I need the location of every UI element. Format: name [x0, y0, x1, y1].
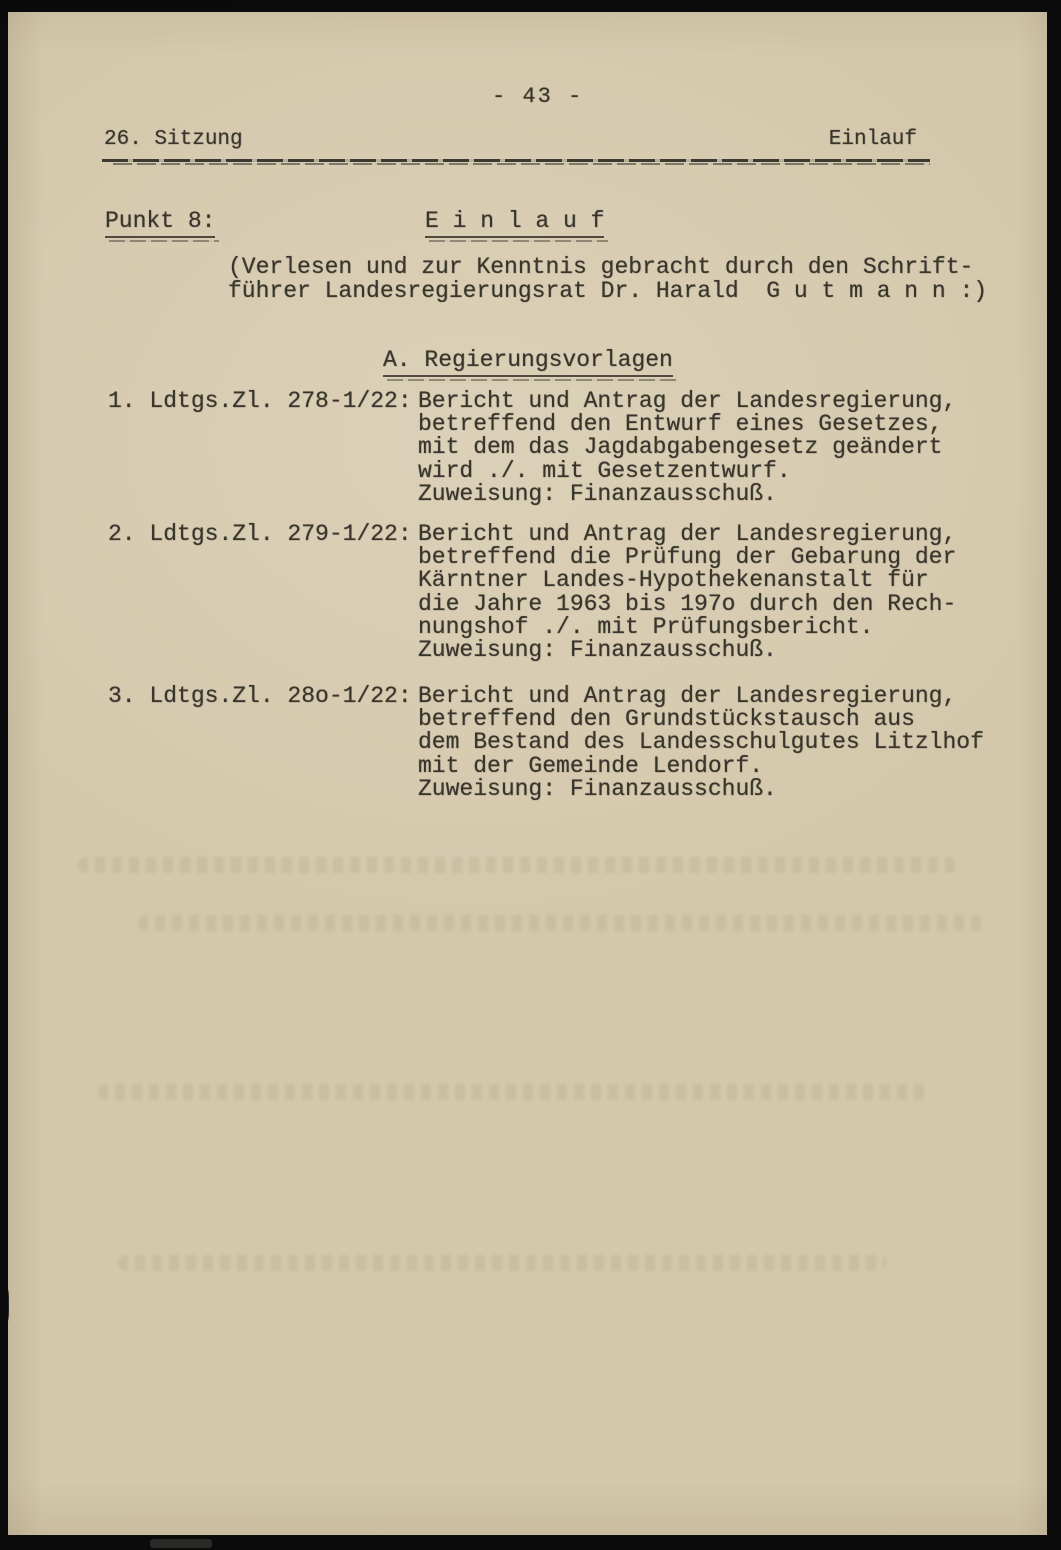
- page-texture: [118, 1255, 887, 1271]
- page-texture: [138, 915, 987, 931]
- item-description: Bericht und Antrag der Landesregierung, …: [418, 390, 1019, 506]
- punkt-label: Punkt 8:: [105, 208, 215, 238]
- item-label: 3. Ldtgs.Zl. 28o-1/22:: [108, 685, 418, 801]
- einlauf-item: 1. Ldtgs.Zl. 278-1/22: Bericht und Antra…: [108, 390, 1019, 506]
- scanned-page: - 43 - 26. Sitzung Einlauf Punkt 8: E i …: [0, 0, 1061, 1550]
- running-head: 26. Sitzung Einlauf: [104, 128, 917, 151]
- punkt-title-wrap: E i n l a u f: [425, 208, 604, 238]
- item-line: Zuweisung: Finanzausschuß.: [418, 778, 1019, 801]
- item-line: Bericht und Antrag der Landesregierung,: [418, 390, 1019, 413]
- scan-edge-artifact: [150, 1539, 212, 1548]
- item-line: wird ./. mit Gesetzentwurf.: [418, 460, 1019, 483]
- item-line: mit dem das Jagdabgabengesetz geändert: [418, 436, 1019, 459]
- item-label: 1. Ldtgs.Zl. 278-1/22:: [108, 390, 418, 506]
- item-description: Bericht und Antrag der Landesregierung, …: [418, 685, 1019, 801]
- item-line: betreffend den Grundstückstausch aus: [418, 708, 1019, 731]
- running-title: Einlauf: [829, 128, 917, 151]
- item-line: mit der Gemeinde Lendorf.: [418, 755, 1019, 778]
- page-number: - 43 -: [492, 84, 583, 109]
- item-line: betreffend die Prüfung der Gebarung der: [418, 546, 1019, 569]
- item-line: dem Bestand des Landesschulgutes Litzlho…: [418, 731, 1019, 754]
- header-rule: [102, 159, 930, 166]
- scan-edge-artifact: [0, 1282, 9, 1328]
- item-description: Bericht und Antrag der Landesregierung, …: [418, 523, 1019, 662]
- item-line: Zuweisung: Finanzausschuß.: [418, 639, 1019, 662]
- item-line: Kärntner Landes-Hypothekenanstalt für: [418, 569, 1019, 592]
- item-line: betreffend den Entwurf eines Gesetzes,: [418, 413, 1019, 436]
- page-texture: [98, 1084, 927, 1100]
- item-line: Bericht und Antrag der Landesregierung,: [418, 523, 1019, 546]
- paper-sheet: - 43 - 26. Sitzung Einlauf Punkt 8: E i …: [8, 12, 1047, 1535]
- item-line: Zuweisung: Finanzausschuß.: [418, 483, 1019, 506]
- list-heading: A. Regierungsvorlagen: [383, 347, 673, 377]
- note-line: (Verlesen und zur Kenntnis gebracht durc…: [228, 256, 987, 280]
- item-label: 2. Ldtgs.Zl. 279-1/22:: [108, 523, 418, 662]
- punkt-title: E i n l a u f: [425, 208, 604, 238]
- reading-note: (Verlesen und zur Kenntnis gebracht durc…: [228, 256, 987, 303]
- item-line: Bericht und Antrag der Landesregierung,: [418, 685, 1019, 708]
- note-line: führer Landesregierungsrat Dr. Harald G …: [228, 280, 987, 304]
- einlauf-item: 2. Ldtgs.Zl. 279-1/22: Bericht und Antra…: [108, 523, 1019, 662]
- page-texture: [78, 857, 957, 873]
- item-line: nungshof ./. mit Prüfungsbericht.: [418, 616, 1019, 639]
- punkt-row: Punkt 8:: [105, 208, 215, 238]
- session-label: 26. Sitzung: [104, 128, 243, 151]
- einlauf-item: 3. Ldtgs.Zl. 28o-1/22: Bericht und Antra…: [108, 685, 1019, 801]
- list-heading-wrap: A. Regierungsvorlagen: [383, 347, 673, 377]
- item-line: die Jahre 1963 bis 197o durch den Rech-: [418, 593, 1019, 616]
